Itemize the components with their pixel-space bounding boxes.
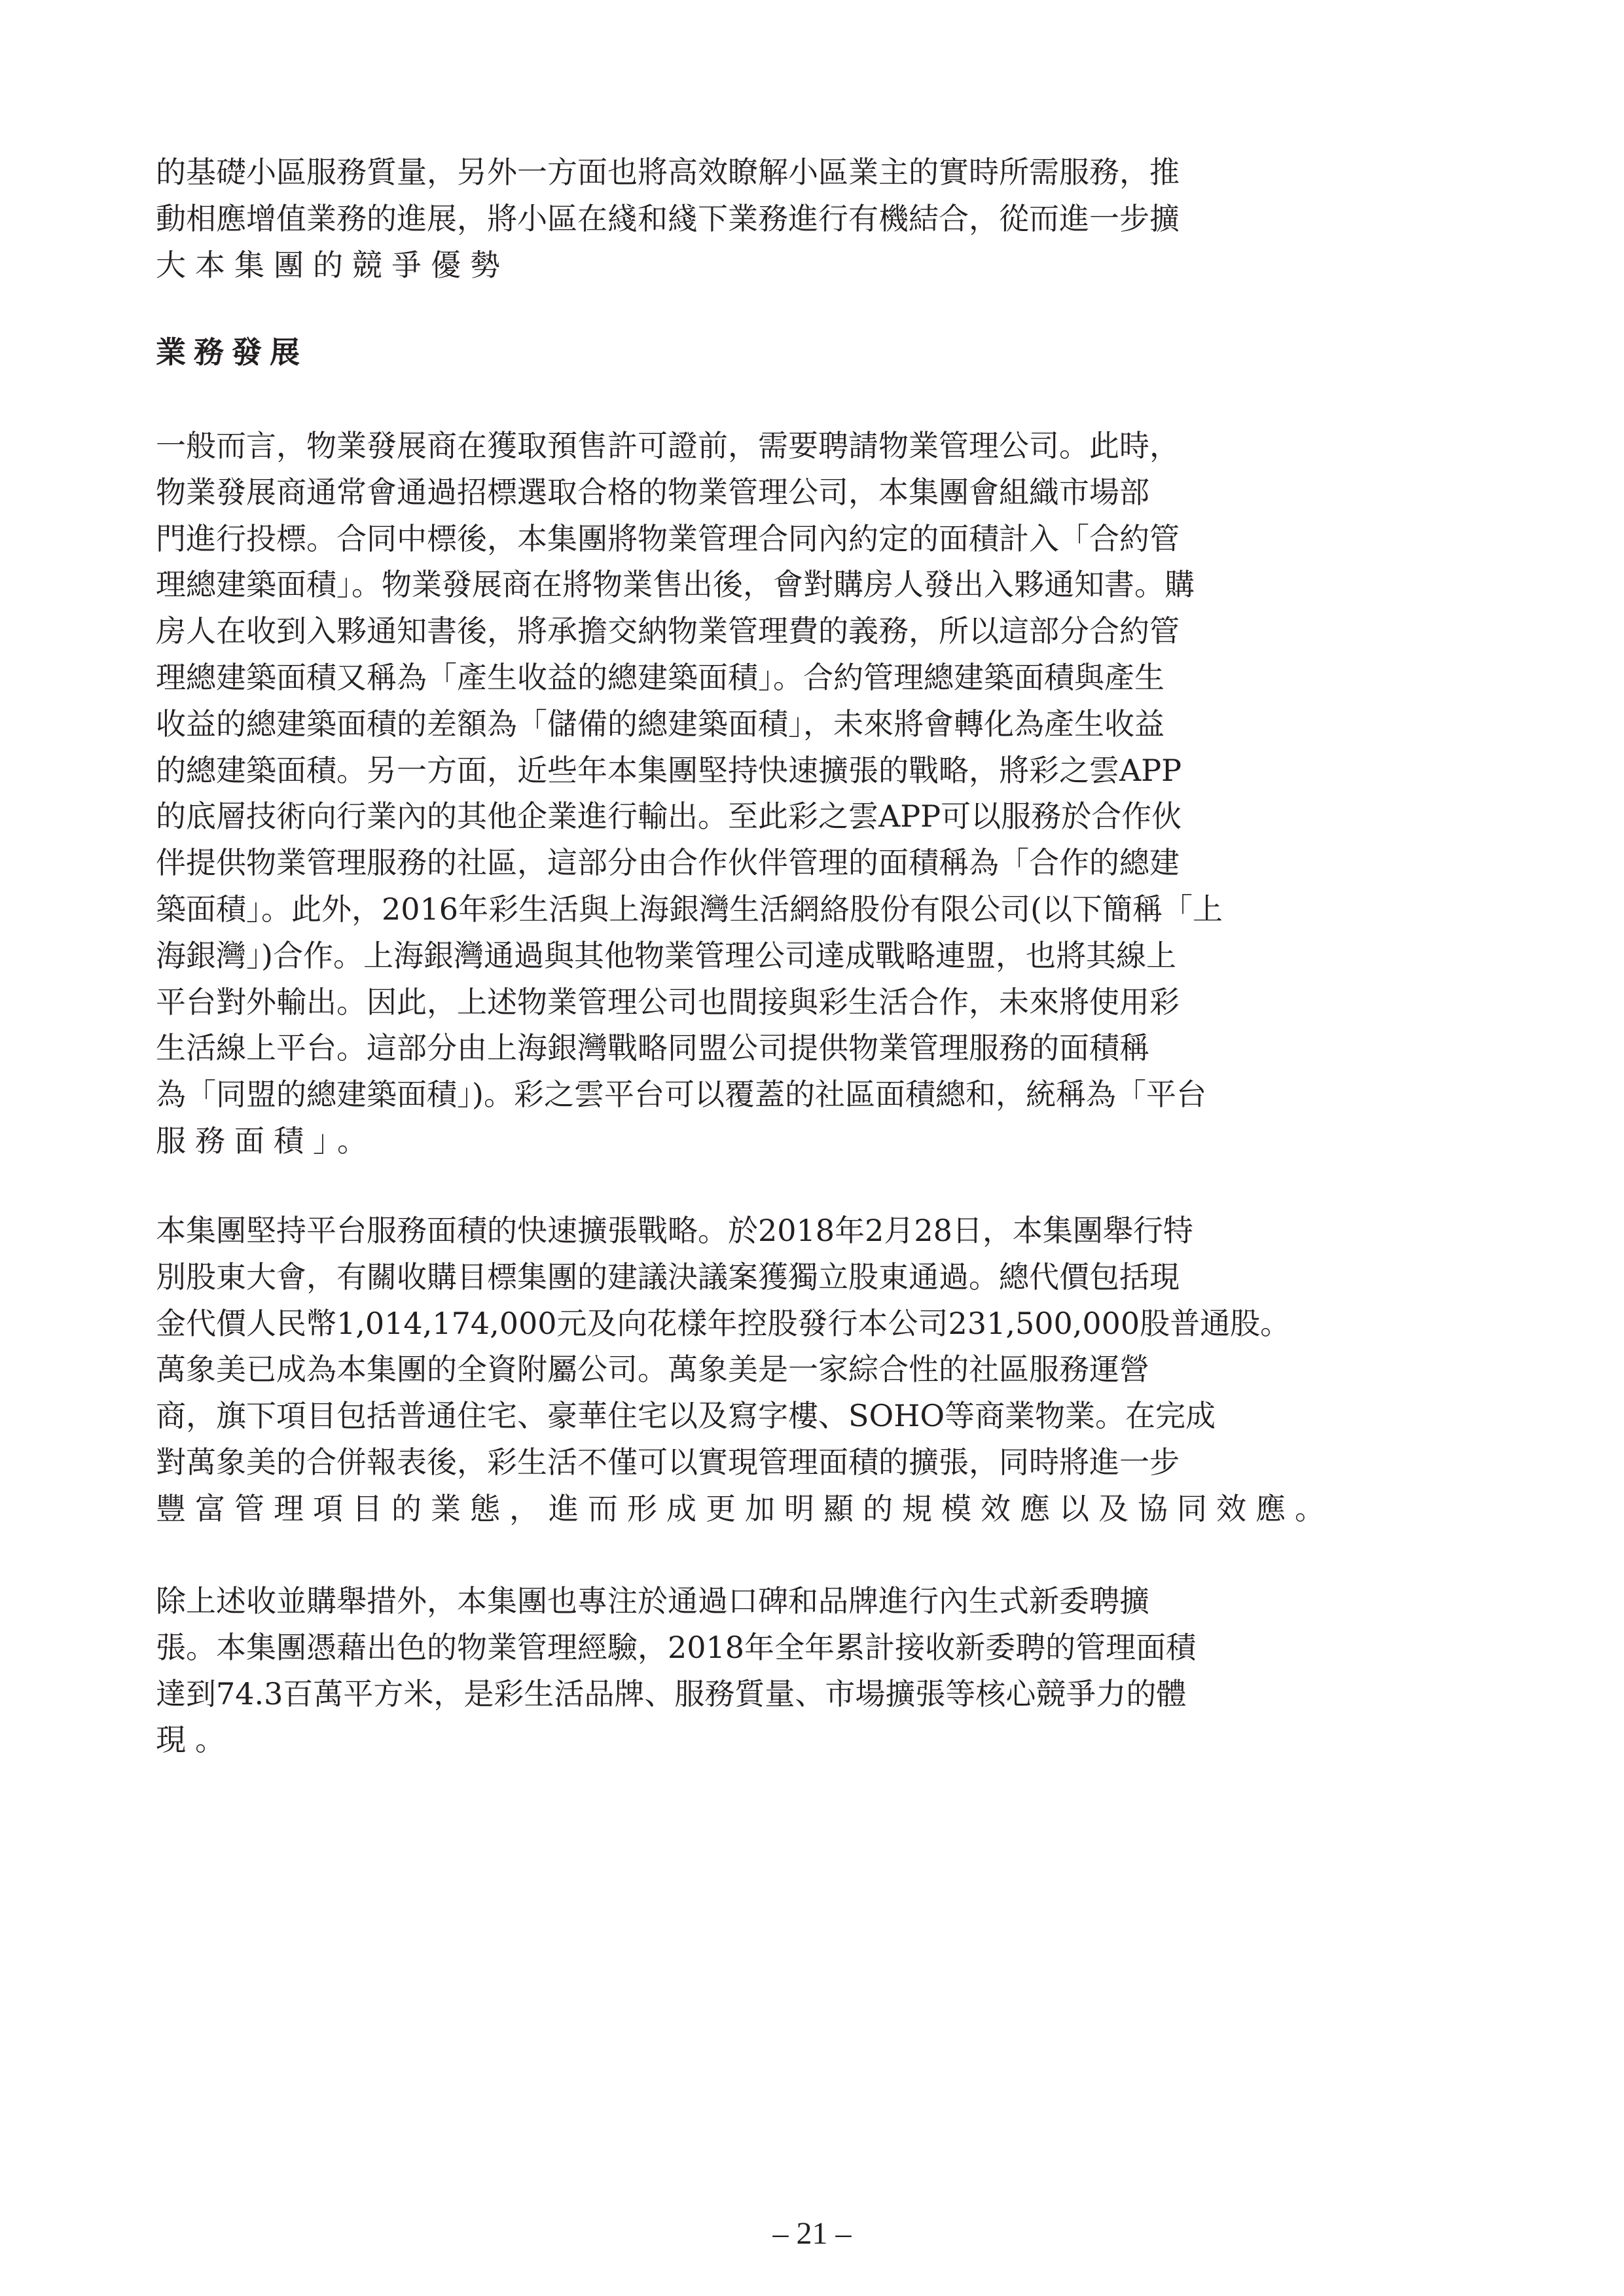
paragraph-organic-growth: 除上述收並購舉措外，本集團也專注於通過口碑和品牌進行內生式新委聘擴 張。本集團憑… — [156, 1578, 1468, 1763]
text-line: 豐富管理項目的業態，進而形成更加明顯的規模效應以及協同效應。 — [156, 1486, 1468, 1532]
text-line: 理總建築面積」。物業發展商在將物業售出後，會對購房人發出入夥通知書。購 — [156, 562, 1468, 608]
text-line: 現。 — [156, 1717, 1468, 1763]
text-line: 別股東大會，有關收購目標集團的建議決議案獲獨立股東通過。總代價包括現 — [156, 1254, 1468, 1300]
text-line: 達到74.3百萬平方米，是彩生活品牌、服務質量、市場擴張等核心競爭力的體 — [156, 1671, 1468, 1717]
text-line: 金代價人民幣1,014,174,000元及向花樣年控股發行本公司231,500,… — [156, 1300, 1468, 1347]
section-heading: 業務發展 — [156, 329, 308, 376]
text-line: 房人在收到入夥通知書後，將承擔交納物業管理費的義務，所以這部分合約管 — [156, 608, 1468, 655]
text-line: 一般而言，物業發展商在獲取預售許可證前，需要聘請物業管理公司。此時， — [156, 423, 1468, 469]
text-line: 收益的總建築面積的差額為「儲備的總建築面積」，未來將會轉化為產生收益 — [156, 701, 1468, 747]
text-line: 服務面積」。 — [156, 1118, 1468, 1164]
text-line: 理總建築面積又稱為「產生收益的總建築面積」。合約管理總建築面積與產生 — [156, 655, 1468, 701]
text-line: 海銀灣」)合作。上海銀灣通過與其他物業管理公司達成戰略連盟，也將其線上 — [156, 933, 1468, 979]
text-line: 生活線上平台。這部分由上海銀灣戰略同盟公司提供物業管理服務的面積稱 — [156, 1025, 1468, 1071]
text-line: 動相應增值業務的進展，將小區在綫和綫下業務進行有機結合，從而進一步擴 — [156, 196, 1468, 242]
text-line: 伴提供物業管理服務的社區，這部分由合作伙伴管理的面積稱為「合作的總建 — [156, 840, 1468, 886]
text-line: 為「同盟的總建築面積」)。彩之雲平台可以覆蓋的社區面積總和，統稱為「平台 — [156, 1071, 1468, 1118]
text-line: 商，旗下項目包括普通住宅、豪華住宅以及寫字樓、SOHO等商業物業。在完成 — [156, 1393, 1468, 1439]
text-line: 除上述收並購舉措外，本集團也專注於通過口碑和品牌進行內生式新委聘擴 — [156, 1578, 1468, 1624]
text-line: 張。本集團憑藉出色的物業管理經驗，2018年全年累計接收新委聘的管理面積 — [156, 1624, 1468, 1671]
text-line: 的底層技術向行業內的其他企業進行輸出。至此彩之雲APP可以服務於合作伙 — [156, 793, 1468, 840]
text-line: 門進行投標。合同中標後，本集團將物業管理合同內約定的面積計入「合約管 — [156, 516, 1468, 562]
text-line: 本集團堅持平台服務面積的快速擴張戰略。於2018年2月28日，本集團舉行特 — [156, 1208, 1468, 1254]
text-line: 築面積」。此外，2016年彩生活與上海銀灣生活網絡股份有限公司(以下簡稱「上 — [156, 886, 1468, 933]
page-number: – 21 – — [0, 2211, 1624, 2257]
text-line: 大本集團的競爭優勢 — [156, 242, 1468, 289]
text-line: 的基礎小區服務質量，另外一方面也將高效瞭解小區業主的實時所需服務，推 — [156, 149, 1468, 196]
text-line: 平台對外輸出。因此，上述物業管理公司也間接與彩生活合作，未來將使用彩 — [156, 979, 1468, 1026]
paragraph-business-development: 一般而言，物業發展商在獲取預售許可證前，需要聘請物業管理公司。此時， 物業發展商… — [156, 423, 1468, 1164]
paragraph-platform-expansion: 本集團堅持平台服務面積的快速擴張戰略。於2018年2月28日，本集團舉行特 別股… — [156, 1208, 1468, 1532]
text-line: 物業發展商通常會通過招標選取合格的物業管理公司，本集團會組織市場部 — [156, 469, 1468, 516]
intro-paragraph: 的基礎小區服務質量，另外一方面也將高效瞭解小區業主的實時所需服務，推 動相應增值… — [156, 149, 1468, 288]
text-line: 的總建築面積。另一方面，近些年本集團堅持快速擴張的戰略，將彩之雲APP — [156, 747, 1468, 794]
text-line: 萬象美已成為本集團的全資附屬公司。萬象美是一家綜合性的社區服務運營 — [156, 1346, 1468, 1393]
text-line: 對萬象美的合併報表後，彩生活不僅可以實現管理面積的擴張，同時將進一步 — [156, 1439, 1468, 1486]
